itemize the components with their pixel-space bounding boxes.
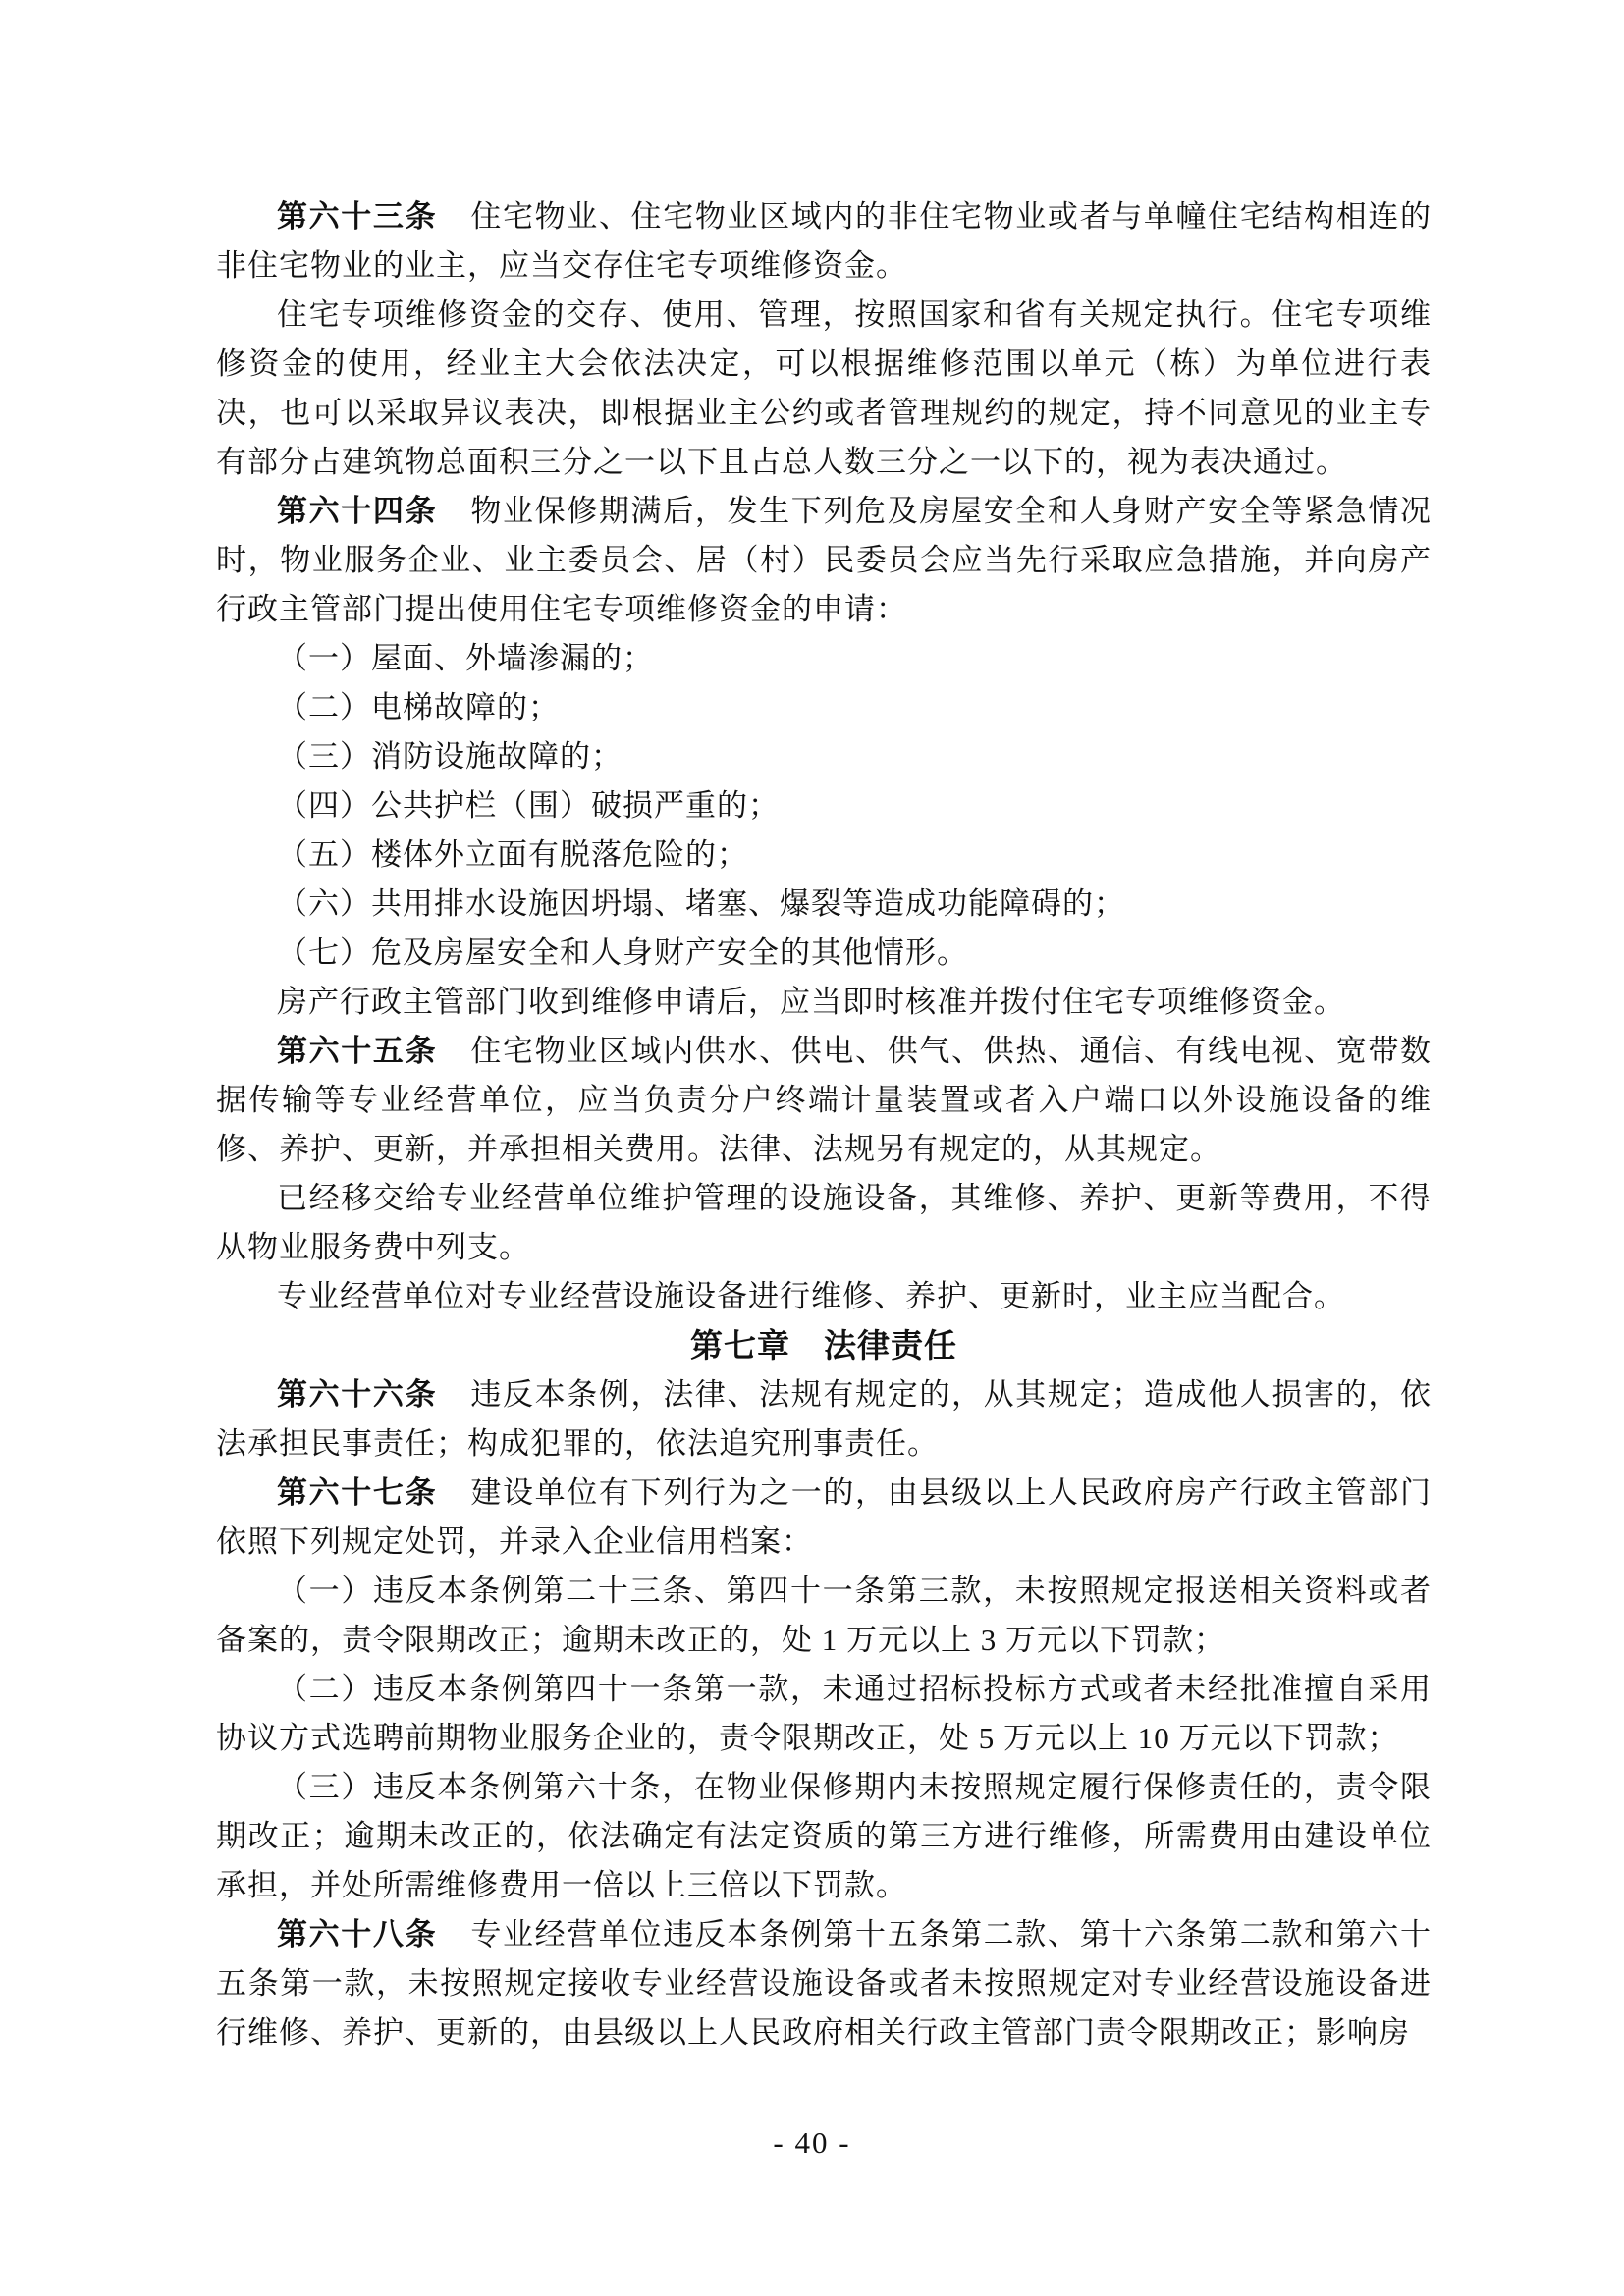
body-paragraph: 房产行政主管部门收到维修申请后，应当即时核准并拨付住宅专项维修资金。 (216, 978, 1432, 1027)
article-number: 第六十四条 (277, 494, 437, 528)
paragraph-text: （三）违反本条例第六十条，在物业保修期内未按照规定履行保修责任的，责令限期改正；… (216, 1770, 1432, 1902)
body-paragraph: 已经移交给专业经营单位维护管理的设施设备，其维修、养护、更新等费用，不得从物业服… (216, 1174, 1432, 1272)
body-paragraph: （三）违反本条例第六十条，在物业保修期内未按照规定履行保修责任的，责令限期改正；… (216, 1763, 1432, 1910)
body-paragraph: （二）违反本条例第四十一条第一款，未通过招标投标方式或者未经批准擅自采用协议方式… (216, 1665, 1432, 1763)
page-number: - 40 - (773, 2125, 850, 2160)
article-number: 第六十三条 (277, 199, 437, 234)
document-body: 第六十三条住宅物业、住宅物业区域内的非住宅物业或者与单幢住宅结构相连的非住宅物业… (216, 192, 1432, 2057)
article-number: 第六十七条 (277, 1475, 437, 1510)
article-paragraph: 第六十三条住宅物业、住宅物业区域内的非住宅物业或者与单幢住宅结构相连的非住宅物业… (216, 192, 1432, 291)
chapter-heading: 第七章 法律责任 (216, 1321, 1432, 1370)
paragraph-text: 住宅专项维修资金的交存、使用、管理，按照国家和省有关规定执行。住宅专项维修资金的… (216, 297, 1432, 479)
article-paragraph: 第六十五条住宅物业区域内供水、供电、供气、供热、通信、有线电视、宽带数据传输等专… (216, 1027, 1432, 1174)
paragraph-text: （一）违反本条例第二十三条、第四十一条第三款，未按照规定报送相关资料或者备案的，… (216, 1574, 1432, 1657)
paragraph-text: （二）电梯故障的； (277, 690, 560, 724)
page-footer: - 40 - (0, 2118, 1624, 2167)
body-paragraph: 专业经营单位对专业经营设施设备进行维修、养护、更新时，业主应当配合。 (216, 1272, 1432, 1321)
body-paragraph: （七）危及房屋安全和人身财产安全的其他情形。 (216, 929, 1432, 978)
paragraph-text: （二）违反本条例第四十一条第一款，未通过招标投标方式或者未经批准擅自采用协议方式… (216, 1672, 1432, 1755)
body-paragraph: （五）楼体外立面有脱落危险的； (216, 830, 1432, 880)
article-number: 第六十六条 (277, 1377, 437, 1412)
body-paragraph: （二）电梯故障的； (216, 683, 1432, 732)
document-page: 第六十三条住宅物业、住宅物业区域内的非住宅物业或者与单幢住宅结构相连的非住宅物业… (0, 0, 1624, 2296)
article-paragraph: 第六十四条物业保修期满后，发生下列危及房屋安全和人身财产安全等紧急情况时，物业服… (216, 487, 1432, 634)
body-paragraph: （一）违反本条例第二十三条、第四十一条第三款，未按照规定报送相关资料或者备案的，… (216, 1567, 1432, 1665)
paragraph-text: （一）屋面、外墙渗漏的； (277, 641, 654, 675)
paragraph-text: 房产行政主管部门收到维修申请后，应当即时核准并拨付住宅专项维修资金。 (277, 985, 1345, 1019)
body-paragraph: （三）消防设施故障的； (216, 732, 1432, 781)
article-number: 第六十五条 (277, 1034, 437, 1068)
article-paragraph: 第六十八条专业经营单位违反本条例第十五条第二款、第十六条第二款和第六十五条第一款… (216, 1910, 1432, 2057)
paragraph-text: （六）共用排水设施因坍塌、堵塞、爆裂等造成功能障碍的； (277, 886, 1125, 921)
body-paragraph: 住宅专项维修资金的交存、使用、管理，按照国家和省有关规定执行。住宅专项维修资金的… (216, 291, 1432, 487)
paragraph-text: （五）楼体外立面有脱落危险的； (277, 837, 748, 872)
paragraph-text: （七）危及房屋安全和人身财产安全的其他情形。 (277, 935, 968, 970)
paragraph-text: 已经移交给专业经营单位维护管理的设施设备，其维修、养护、更新等费用，不得从物业服… (216, 1181, 1432, 1264)
body-paragraph: （一）屋面、外墙渗漏的； (216, 634, 1432, 683)
article-paragraph: 第六十七条建设单位有下列行为之一的，由县级以上人民政府房产行政主管部门依照下列规… (216, 1468, 1432, 1567)
paragraph-text: （三）消防设施故障的； (277, 739, 623, 774)
body-paragraph: （六）共用排水设施因坍塌、堵塞、爆裂等造成功能障碍的； (216, 880, 1432, 929)
paragraph-text: 专业经营单位对专业经营设施设备进行维修、养护、更新时，业主应当配合。 (277, 1279, 1345, 1313)
paragraph-text: （四）公共护栏（围）破损严重的； (277, 788, 780, 823)
body-paragraph: （四）公共护栏（围）破损严重的； (216, 781, 1432, 830)
article-paragraph: 第六十六条违反本条例，法律、法规有规定的，从其规定；造成他人损害的，依法承担民事… (216, 1370, 1432, 1468)
article-number: 第六十八条 (277, 1917, 437, 1951)
